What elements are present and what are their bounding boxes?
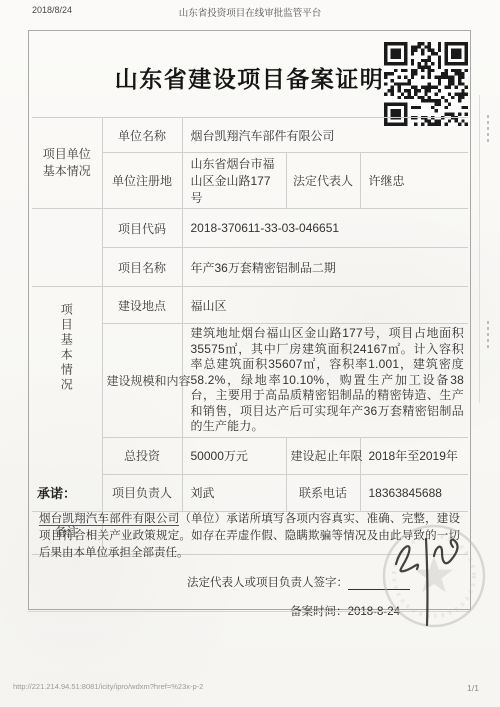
- field-value-scale: 建筑地址烟台福山区金山路177号，项目占地面积35575㎡，其中厂房建筑面积24…: [182, 324, 468, 438]
- handwritten-signature: [390, 534, 468, 630]
- table-row: 项目单位基本情况 单位名称 烟台凯翔汽车部件有限公司: [32, 118, 468, 153]
- scan-margin-marks: [486, 318, 490, 351]
- field-value-project-name: 年产36万套精密铝制品二期: [182, 248, 468, 287]
- field-label-location: 建设地点: [102, 287, 182, 324]
- section-spacer: [32, 209, 102, 287]
- field-label-project-name: 项目名称: [102, 248, 182, 287]
- field-value-legal-rep: 许继忠: [360, 153, 468, 209]
- section-label-unit-info: 项目单位基本情况: [32, 118, 102, 209]
- commitment-company-name: 烟台凯翔汽车部件有限公司: [39, 513, 179, 526]
- qr-code: [384, 42, 468, 126]
- scan-margin-marks: [486, 112, 490, 145]
- table-row: 项目基本情况 建设地点 福山区: [32, 287, 468, 324]
- field-label-construction-period: 建设起止年限: [286, 437, 360, 474]
- filing-time-label: 备案时间：: [290, 606, 348, 618]
- commitment-heading: 承诺：: [37, 483, 462, 502]
- field-label-investment: 总投资: [102, 437, 182, 474]
- field-label-legal-rep: 法定代表人: [286, 153, 360, 209]
- print-footer-url: http://221.214.94.51:8081/icity/ipro/wdx…: [13, 682, 203, 691]
- field-label-scale: 建设规模和内容: [102, 324, 182, 438]
- field-label-unit-name: 单位名称: [102, 118, 182, 153]
- scan-fold-line: [479, 95, 480, 403]
- field-value-unit-address: 山东省烟台市福山区金山路177号: [182, 153, 286, 209]
- platform-title: 山东省投资项目在线审批监管平台: [0, 5, 500, 19]
- field-value-unit-name: 烟台凯翔汽车部件有限公司: [182, 118, 468, 153]
- field-label-unit-address: 单位注册地: [102, 153, 182, 209]
- field-value-construction-period: 2018年至2019年: [360, 437, 468, 474]
- table-row: 项目代码 2018-370611-33-03-046651: [32, 209, 468, 248]
- print-footer-page-number: 1/1: [467, 683, 479, 693]
- field-label-project-code: 项目代码: [102, 209, 182, 248]
- field-value-project-code: 2018-370611-33-03-046651: [182, 209, 468, 248]
- field-value-investment: 50000万元: [182, 437, 286, 474]
- section-label-project-info: 项目基本情况: [32, 287, 102, 512]
- field-value-location: 福山区: [182, 287, 468, 324]
- signature-label: 法定代表人或项目负责人签字：: [187, 577, 348, 589]
